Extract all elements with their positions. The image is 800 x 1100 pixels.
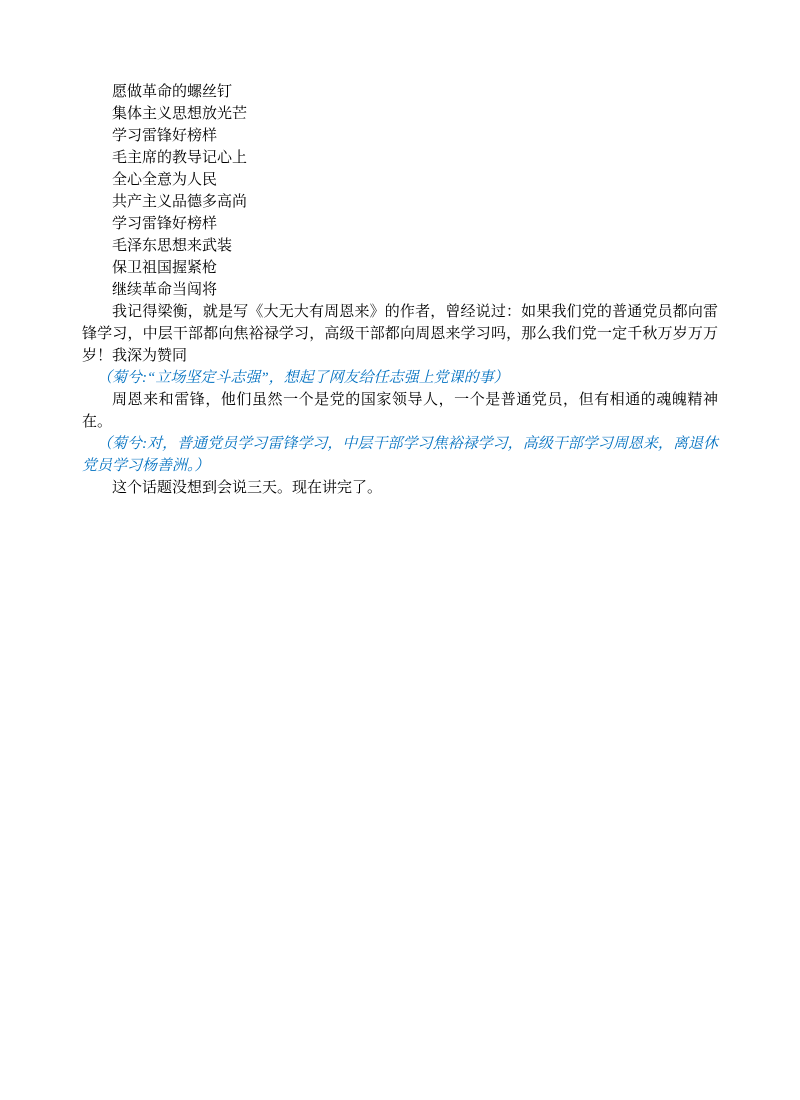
poem-line: 毛泽东思想来武装 <box>82 235 718 257</box>
poem-line: 共产主义品德多高尚 <box>82 191 718 213</box>
poem-line: 愿做革命的螺丝钉 <box>82 81 718 103</box>
poem-line: 学习雷锋好榜样 <box>82 125 718 147</box>
document-page: 愿做革命的螺丝钉 集体主义思想放光芒 学习雷锋好榜样 毛主席的教导记心上 全心全… <box>0 0 800 1100</box>
poem-line: 保卫祖国握紧枪 <box>82 257 718 279</box>
poem-line: 全心全意为人民 <box>82 169 718 191</box>
document-content: 愿做革命的螺丝钉 集体主义思想放光芒 学习雷锋好榜样 毛主席的教导记心上 全心全… <box>0 0 800 499</box>
poem-line: 学习雷锋好榜样 <box>82 213 718 235</box>
poem-line: 毛主席的教导记心上 <box>82 147 718 169</box>
annotation-note: （菊兮:“立场坚定斗志强”，想起了网友给任志强上党课的事） <box>82 367 718 389</box>
poem-block: 愿做革命的螺丝钉 集体主义思想放光芒 学习雷锋好榜样 毛主席的教导记心上 全心全… <box>82 81 718 301</box>
annotation-note: （菊兮:对，普通党员学习雷锋学习，中层干部学习焦裕禄学习，高级干部学习周恩来，离… <box>82 433 718 477</box>
poem-line: 继续革命当闯将 <box>82 279 718 301</box>
paragraph: 我记得梁衡，就是写《大无大有周恩来》的作者，曾经说过：如果我们党的普通党员都向雷… <box>82 301 718 367</box>
paragraph: 周恩来和雷锋，他们虽然一个是党的国家领导人，一个是普通党员，但有相通的魂魄精神在… <box>82 389 718 433</box>
paragraph: 这个话题没想到会说三天。现在讲完了。 <box>82 477 718 499</box>
poem-line: 集体主义思想放光芒 <box>82 103 718 125</box>
